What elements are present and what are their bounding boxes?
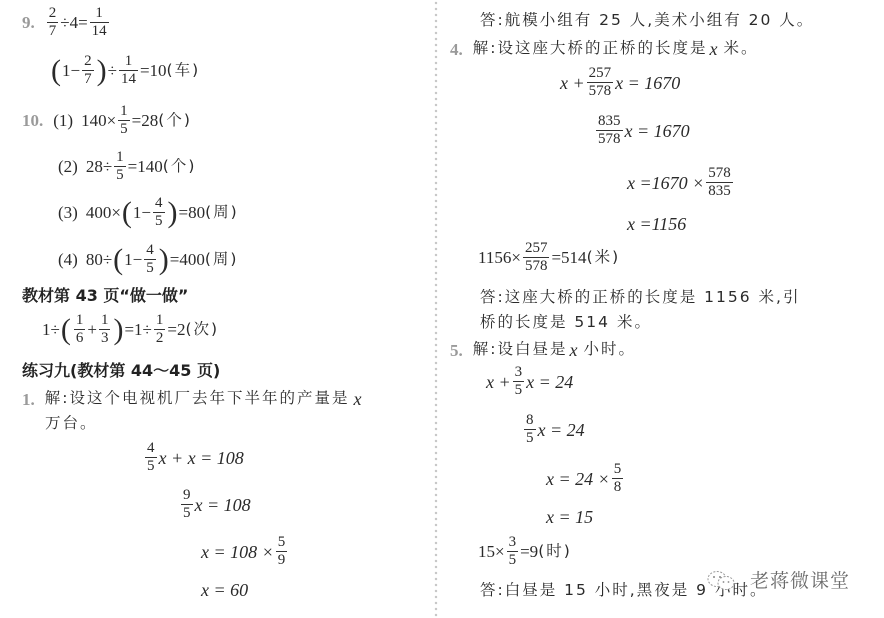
q10-item-1: 10. (1) 140× 15 =28 (个) (22, 104, 192, 137)
q5-step-1: x + 35 x = 24 (486, 365, 573, 398)
fraction: 27 (47, 6, 59, 39)
question-number: 10. (22, 112, 43, 129)
watermark: 老蒋微课堂 (706, 566, 850, 593)
q5-step-3: x = 24 × 58 (546, 462, 625, 495)
q5-intro: 5. 解:设白昼是 x 小时。 (450, 341, 636, 359)
q4-answer-line2: 桥的长度是 514 米。 (480, 315, 652, 331)
question-number: 1. (22, 391, 35, 408)
section-a-equation: 1÷ ( 16 + 13 ) =1÷ 12 =2 (次) (42, 313, 219, 346)
fraction: 257578 (587, 66, 614, 99)
question-number: 5. (450, 342, 463, 359)
q1-step-4: x = 60 (201, 581, 248, 599)
column-divider (434, 0, 438, 618)
q9-line2: ( 1− 27 ) ÷ 114 =10 (车) (50, 54, 200, 87)
fraction: 35 (507, 535, 519, 568)
q4-step-4: x =1156 (627, 215, 686, 233)
q5-step-4: x = 15 (546, 508, 593, 526)
q3-answer: 答:航模小组有 25 人,美术小组有 20 人。 (480, 13, 814, 29)
fraction: 27 (82, 54, 94, 87)
fraction: 45 (144, 243, 156, 276)
q4-answer-line1: 答:这座大桥的正桥的长度是 1156 米,引 (480, 290, 800, 306)
fraction: 45 (153, 196, 165, 229)
fraction: 835578 (596, 114, 623, 147)
q1-intro-cont: 万台。 (45, 416, 98, 432)
question-number: 4. (450, 41, 463, 58)
fraction: 13 (99, 313, 111, 346)
q10-item-4: (4) 80÷ ( 1− 45 ) =400 (周) (58, 243, 238, 276)
q9-line1: 9. 27 ÷4= 114 (22, 6, 111, 39)
fraction: 35 (513, 365, 525, 398)
fraction: 114 (90, 6, 109, 39)
fraction: 95 (181, 488, 193, 521)
fraction: 578835 (706, 166, 733, 199)
fraction: 15 (118, 104, 130, 137)
q4-calc: 1156× 257578 =514 (米) (478, 241, 620, 274)
q1-step-2: 95 x = 108 (179, 488, 251, 521)
q5-step-2: 85 x = 24 (522, 413, 585, 446)
q1-intro: 1. 解:设这个电视机厂去年下半年的产量是 x (22, 390, 361, 408)
fraction: 15 (114, 150, 126, 183)
watermark-text: 老蒋微课堂 (750, 566, 850, 593)
q1-step-3: x = 108 × 59 (201, 535, 289, 568)
question-number: 9. (22, 14, 35, 31)
section-heading-textbook-p43: 教材第 43 页“做一做” (22, 288, 188, 304)
fraction: 45 (145, 441, 157, 474)
q4-intro: 4. 解:设这座大桥的正桥的长度是 x 米。 (450, 40, 759, 58)
q4-step-2: 835578 x = 1670 (594, 114, 690, 147)
fraction: 16 (74, 313, 86, 346)
q10-item-3: (3) 400× ( 1− 45 ) =80 (周) (58, 196, 239, 229)
fraction: 257578 (523, 241, 550, 274)
q10-item-2: (2) 28÷ 15 =140 (个) (58, 150, 196, 183)
section-heading-exercise-9: 练习九(教材第 44～45 页) (22, 363, 220, 379)
fraction: 59 (276, 535, 288, 568)
fraction: 85 (524, 413, 536, 446)
q1-step-1: 45 x + x = 108 (143, 441, 244, 474)
fraction: 114 (119, 54, 138, 87)
fraction: 12 (154, 313, 166, 346)
wechat-icon (706, 569, 736, 591)
q5-calc: 15× 35 =9 (时) (478, 535, 572, 568)
q4-step-1: x + 257578 x = 1670 (560, 66, 680, 99)
fraction: 58 (612, 462, 624, 495)
q4-step-3: x =1670 × 578835 (627, 166, 735, 199)
